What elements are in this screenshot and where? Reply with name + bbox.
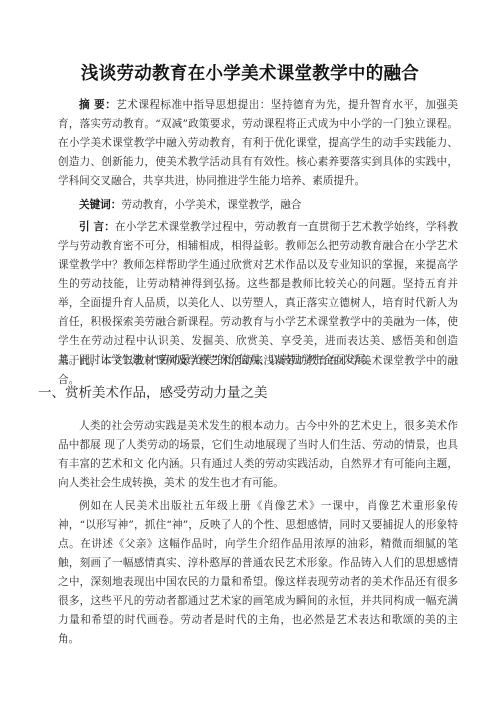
keywords-text: 劳动教育，小学美术，课堂教学，融合 [121,199,301,211]
introduction-paragraph: 引 言：在小学艺术课堂教学过程中，劳动教育一直贯彻于艺术教学始终，学科教学与劳动… [58,218,458,370]
keywords-paragraph: 关键词：劳动教育，小学美术，课堂教学，融合 [58,196,458,215]
keywords-label: 关键词： [79,199,121,211]
introduction-text: 在小学艺术课堂教学过程中，劳动教育一直贯彻于艺术教学始终，学科教学与劳动教育密不… [58,221,458,366]
introduction-label: 引 言： [79,221,115,233]
section1-paragraph-2: 例如在人民美术出版社五年级上册《肖像艺术》一课中，肖像艺术重形象传神，“以形写神… [58,497,458,649]
abstract-label: 摘 要： [79,99,116,111]
paper-title: 浅谈劳动教育在小学美术课堂教学中的融合 [0,60,500,85]
section-heading: 一、赏析美术作品，感受劳动力量之美 [38,381,268,401]
abstract-paragraph: 摘 要：艺术课程标准中指导思想提出：坚持德育为先，提升智育水平，加强美育，落实劳… [58,96,458,191]
document-page: 浅谈劳动教育在小学美术课堂教学中的融合 摘 要：艺术课程标准中指导思想提出：坚持… [0,0,500,707]
section1-paragraph-1: 人类的社会劳动实践是美术发生的根本动力。古今中外的艺术史上，很多美术作品中都展 … [58,417,458,493]
abstract-text: 艺术课程标准中指导思想提出：坚持德育为先，提升智育水平，加强美育，落实劳动教育。… [58,99,458,187]
